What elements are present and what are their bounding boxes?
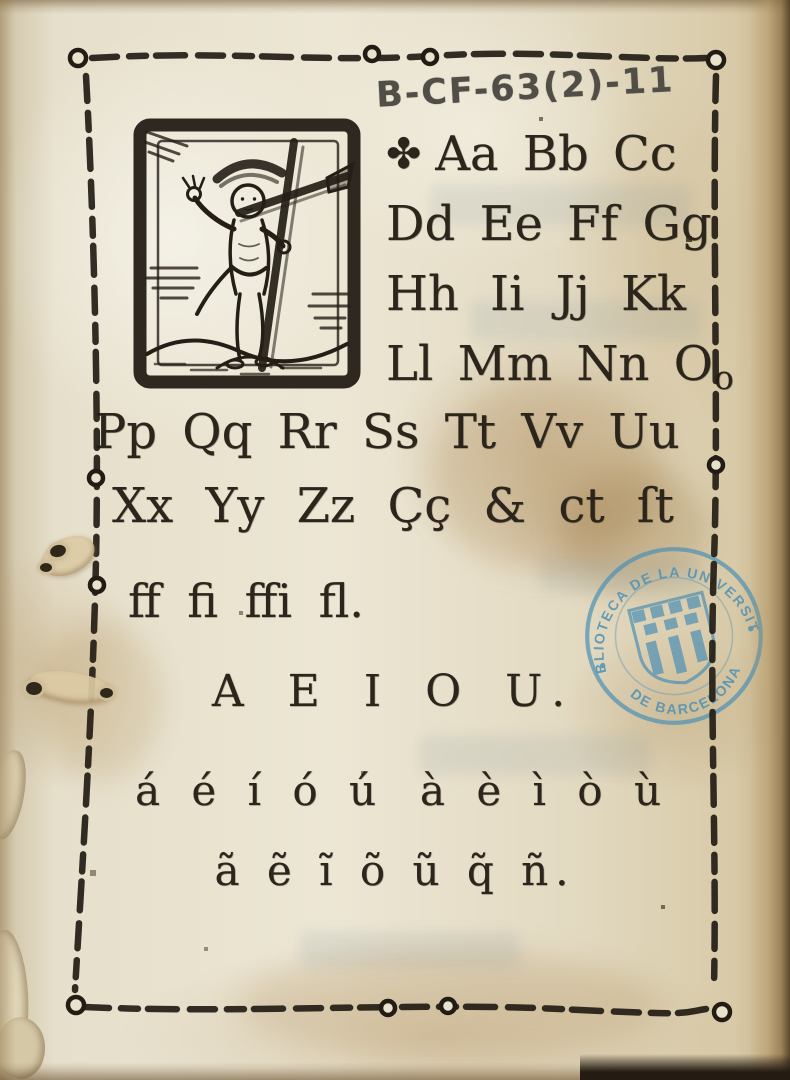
scanned-page: BIBLIOTECA DE LA UNIVERSITAT DE BARCELON… [0, 0, 790, 1080]
page-stack-edge-right [750, 0, 790, 1080]
scan-edge-top [0, 0, 790, 14]
border-circles [68, 47, 730, 1020]
border-right [712, 76, 716, 986]
sewing-hole [40, 563, 52, 572]
scan-corner-shadow [580, 1054, 790, 1080]
border-left [75, 76, 97, 990]
hand-drawn-dashed-border [0, 0, 790, 1080]
sewing-hole [26, 682, 42, 695]
scan-edge-left [0, 0, 16, 1080]
sewing-hole [100, 688, 113, 698]
border-top [92, 54, 706, 59]
